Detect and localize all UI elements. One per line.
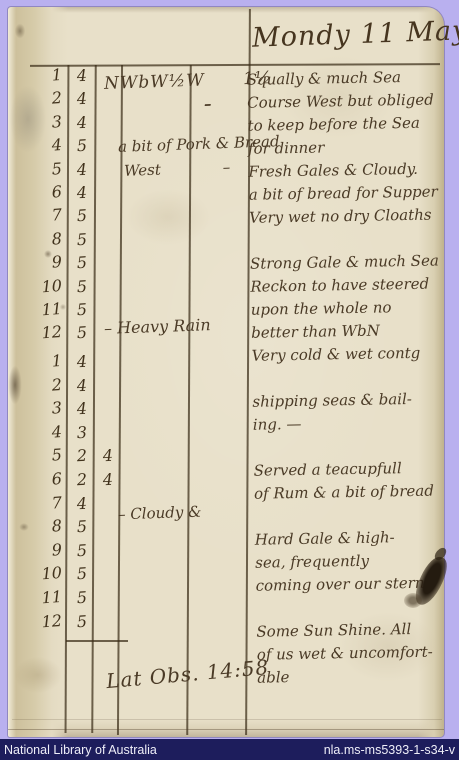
log-row: 12 5 (26, 612, 121, 636)
log-row: 2 4 (26, 89, 95, 112)
remark-line: better than WbN (251, 318, 451, 344)
item-id: nla.ms-ms5393-1-s34-v (324, 743, 455, 757)
remark-line (254, 502, 454, 528)
course-entry: – Heavy Rain (104, 315, 211, 338)
scanner-frame: Mondy 11 May 1 4 2 4 3 4 (0, 0, 459, 760)
log-row: 11 5 (26, 300, 95, 323)
knots-value: 2 (68, 469, 95, 490)
hour-value: 4 (25, 421, 69, 444)
hour-value: 5 (25, 158, 69, 181)
hour-value: 6 (25, 468, 69, 491)
knots-value: 5 (68, 323, 95, 344)
extra-knots-value (95, 422, 121, 423)
extra-knots-value (95, 399, 121, 400)
course-entry: West – (124, 158, 231, 180)
log-row: 6 4 (26, 183, 95, 206)
hour-value: 10 (25, 563, 69, 586)
course-entry: – Cloudy & (118, 503, 202, 524)
ink-blot (404, 593, 422, 608)
knots-value: 4 (68, 65, 95, 86)
extra-knots-value (95, 611, 121, 612)
hour-value: 9 (25, 252, 69, 275)
log-row: 2 4 (26, 376, 121, 400)
remark-line: Course West but obliged (247, 88, 447, 114)
hour-value: 1 (25, 351, 69, 374)
knots-value: 4 (68, 375, 95, 396)
hour-value: 2 (25, 374, 69, 397)
paper-crease (12, 719, 442, 720)
log-row: 5 4 (26, 160, 95, 183)
knots-value: 5 (68, 516, 95, 537)
log-row: 1 4 (26, 352, 121, 376)
remark-line: to keep before the Sea (247, 111, 447, 137)
manuscript-page: Mondy 11 May 1 4 2 4 3 4 (8, 7, 444, 737)
remark-line: of us wet & uncomfort- (257, 640, 457, 666)
log-table-first-half: 1 4 2 4 3 4 4 5 5 (26, 66, 95, 347)
extra-knots-value (95, 516, 121, 517)
hour-value: 7 (25, 492, 69, 515)
hour-value: 1 (25, 65, 69, 88)
log-row: 11 5 (26, 588, 121, 612)
log-row: 7 4 (26, 494, 121, 518)
log-row: 9 5 (26, 253, 95, 276)
knots-value: 4 (68, 159, 95, 180)
log-row: 3 4 (26, 399, 121, 423)
knots-value: 4 (68, 182, 95, 203)
hour-value: 9 (25, 539, 69, 562)
remark-line: ing. — (253, 410, 453, 436)
knots-value: 5 (68, 276, 95, 297)
knots-value: 5 (68, 252, 95, 273)
extra-knots-value (95, 587, 121, 588)
knots-value: 4 (68, 351, 95, 372)
extra-knots-value (95, 540, 121, 541)
hour-value: 10 (25, 275, 69, 298)
hour-value: 11 (25, 586, 69, 609)
knots-value: 5 (68, 206, 95, 227)
knots-value: 5 (68, 136, 95, 157)
hour-value: 7 (25, 205, 69, 228)
footer-bar: National Library of Australia nla.ms-ms5… (0, 739, 459, 760)
library-name: National Library of Australia (4, 743, 157, 757)
knots-value: 4 (68, 89, 95, 110)
log-row: 1 4 (26, 66, 95, 89)
extra-knots-value: 4 (94, 446, 121, 467)
dash-mark: – (204, 95, 212, 113)
hour-value: 12 (25, 610, 69, 633)
log-row: 5 2 4 (26, 446, 121, 470)
knots-value: 2 (68, 446, 95, 467)
knots-value: 5 (68, 540, 95, 561)
knots-value: 4 (68, 399, 95, 420)
knots-value: 5 (68, 299, 95, 320)
knots-value: 5 (68, 587, 95, 608)
log-row: 6 2 4 (26, 470, 121, 494)
extra-knots-value (95, 375, 121, 376)
log-row: 8 5 (26, 230, 95, 253)
hour-value: 2 (25, 88, 69, 111)
knots-value: 3 (68, 422, 95, 443)
extra-knots-value (95, 493, 121, 494)
log-row: 3 4 (26, 113, 95, 136)
log-row: 4 3 (26, 423, 121, 447)
hour-value: 4 (25, 135, 69, 158)
extra-knots-value (95, 564, 121, 565)
hour-value: 5 (25, 445, 69, 468)
hour-value: 8 (25, 516, 69, 539)
remark-line: Some Sun Shine. All (256, 617, 456, 643)
hour-value: 6 (25, 181, 69, 204)
log-row: 10 5 (26, 564, 121, 588)
hour-value: 11 (25, 298, 69, 321)
log-table-second-half: 1 4 2 4 3 4 4 3 (26, 352, 121, 635)
remark-line: of Rum & a bit of bread (254, 479, 454, 505)
log-date-heading: Mondy 11 May (252, 15, 459, 54)
log-row: 9 5 (26, 541, 121, 565)
log-row: 4 5 (26, 136, 95, 159)
hour-value: 12 (25, 322, 69, 345)
table-rule-horizontal (66, 640, 128, 642)
remark-line: able (257, 663, 457, 689)
hour-value: 3 (25, 111, 69, 134)
hour-value: 3 (25, 398, 69, 421)
knots-value: 4 (68, 112, 95, 133)
knots-value: 5 (68, 564, 95, 585)
knots-value: 5 (68, 229, 95, 250)
remark-line: upon the whole no (251, 295, 451, 321)
remark-line: Reckon to have steered (250, 272, 450, 298)
knots-value: 4 (68, 493, 95, 514)
knots-value: 5 (68, 611, 95, 632)
extra-knots-value: 4 (94, 469, 121, 490)
log-row: 7 5 (26, 206, 95, 229)
log-row: 8 5 (26, 517, 121, 541)
extra-knots-value (95, 351, 121, 352)
log-row: 10 5 (26, 277, 95, 300)
hour-value: 8 (25, 228, 69, 251)
log-row: 12 5 (26, 323, 95, 346)
remark-line: Hard Gale & high- (255, 525, 455, 551)
remark-line: Very wet no dry Cloaths (249, 203, 449, 229)
paper-crease (8, 729, 444, 730)
